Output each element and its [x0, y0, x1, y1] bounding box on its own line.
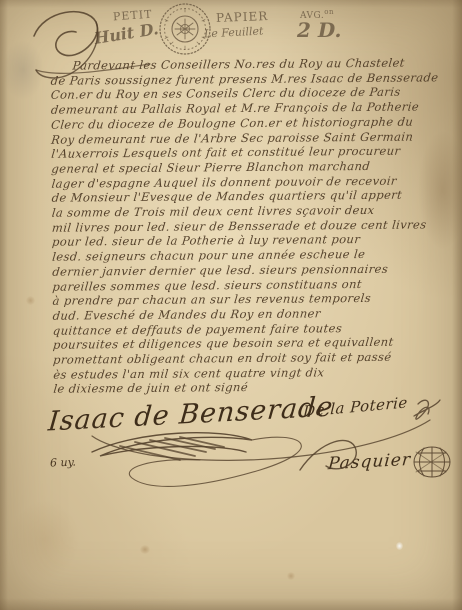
- stamp-label-papier: PAPIER: [216, 9, 269, 25]
- paper-stain: [2, 40, 44, 100]
- manuscript-page: PETIT Huit D. PAPIER Le Feuillet AVG.on …: [0, 0, 462, 610]
- pasquier-globe-paraph-icon: [414, 447, 450, 477]
- paper-hole: [396, 542, 403, 550]
- paraph-note: 6 uy.: [50, 456, 76, 470]
- quill-paraph-icon: [92, 433, 301, 487]
- paper-stain: [26, 296, 35, 305]
- stamp-label-le-feuillet: Le Feuillet: [204, 24, 264, 40]
- paper-stain: [140, 545, 150, 554]
- signature-pasquier: Pasquier: [327, 450, 412, 474]
- stamp-label-2d: 2 D.: [297, 18, 341, 42]
- paper-tax-seal-icon: [160, 0, 210, 54]
- signature-isaac-de-benserade: Isaac de Benserade: [47, 391, 335, 437]
- manuscript-body: Pardevant les Conseillers No.res du Roy …: [51, 55, 446, 397]
- stamp-avg-sup: on: [324, 8, 334, 16]
- paper-stain: [287, 572, 295, 580]
- poterie-paraph-icon: [414, 400, 440, 419]
- stamp-label-huit-d: Huit D.: [93, 19, 160, 48]
- paper-stain: [10, 500, 80, 580]
